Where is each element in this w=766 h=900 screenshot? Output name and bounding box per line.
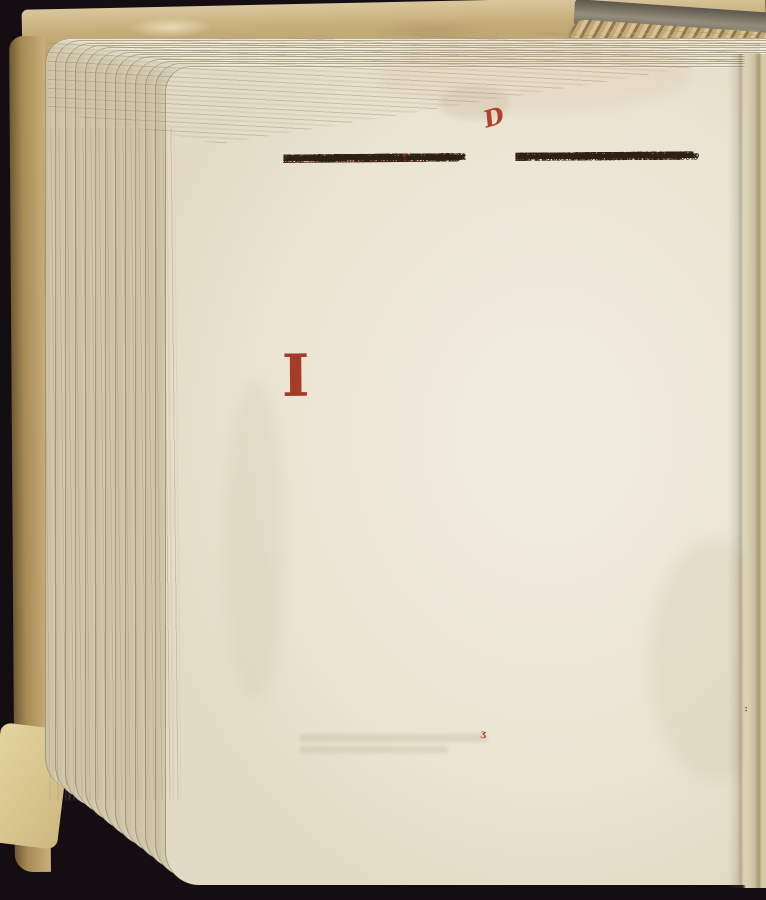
printed-page-content: D I ɔ consensus. ¶ Ad illud quod queritu… [0, 0, 766, 900]
drop-cap-initial: I [282, 345, 309, 415]
text-line: non ficta. in quo tangit fidei ɔstantiaʒ… [515, 150, 694, 163]
left-column: ɔ consensus. ¶ Ad illud quod queritur i … [283, 151, 486, 739]
text-line: qʒ beatitudo nobis ignota est iam patet.… [283, 152, 456, 165]
right-column: est enim qʒ non est nobis nota per expiẽ… [515, 149, 753, 737]
right-margin-mark: : [744, 705, 747, 714]
quire-signature-ornament: D [481, 104, 507, 132]
photo-backdrop: D I ɔ consensus. ¶ Ad illud quod queritu… [0, 0, 766, 900]
left-column-end-mark: ʒ [480, 730, 486, 740]
